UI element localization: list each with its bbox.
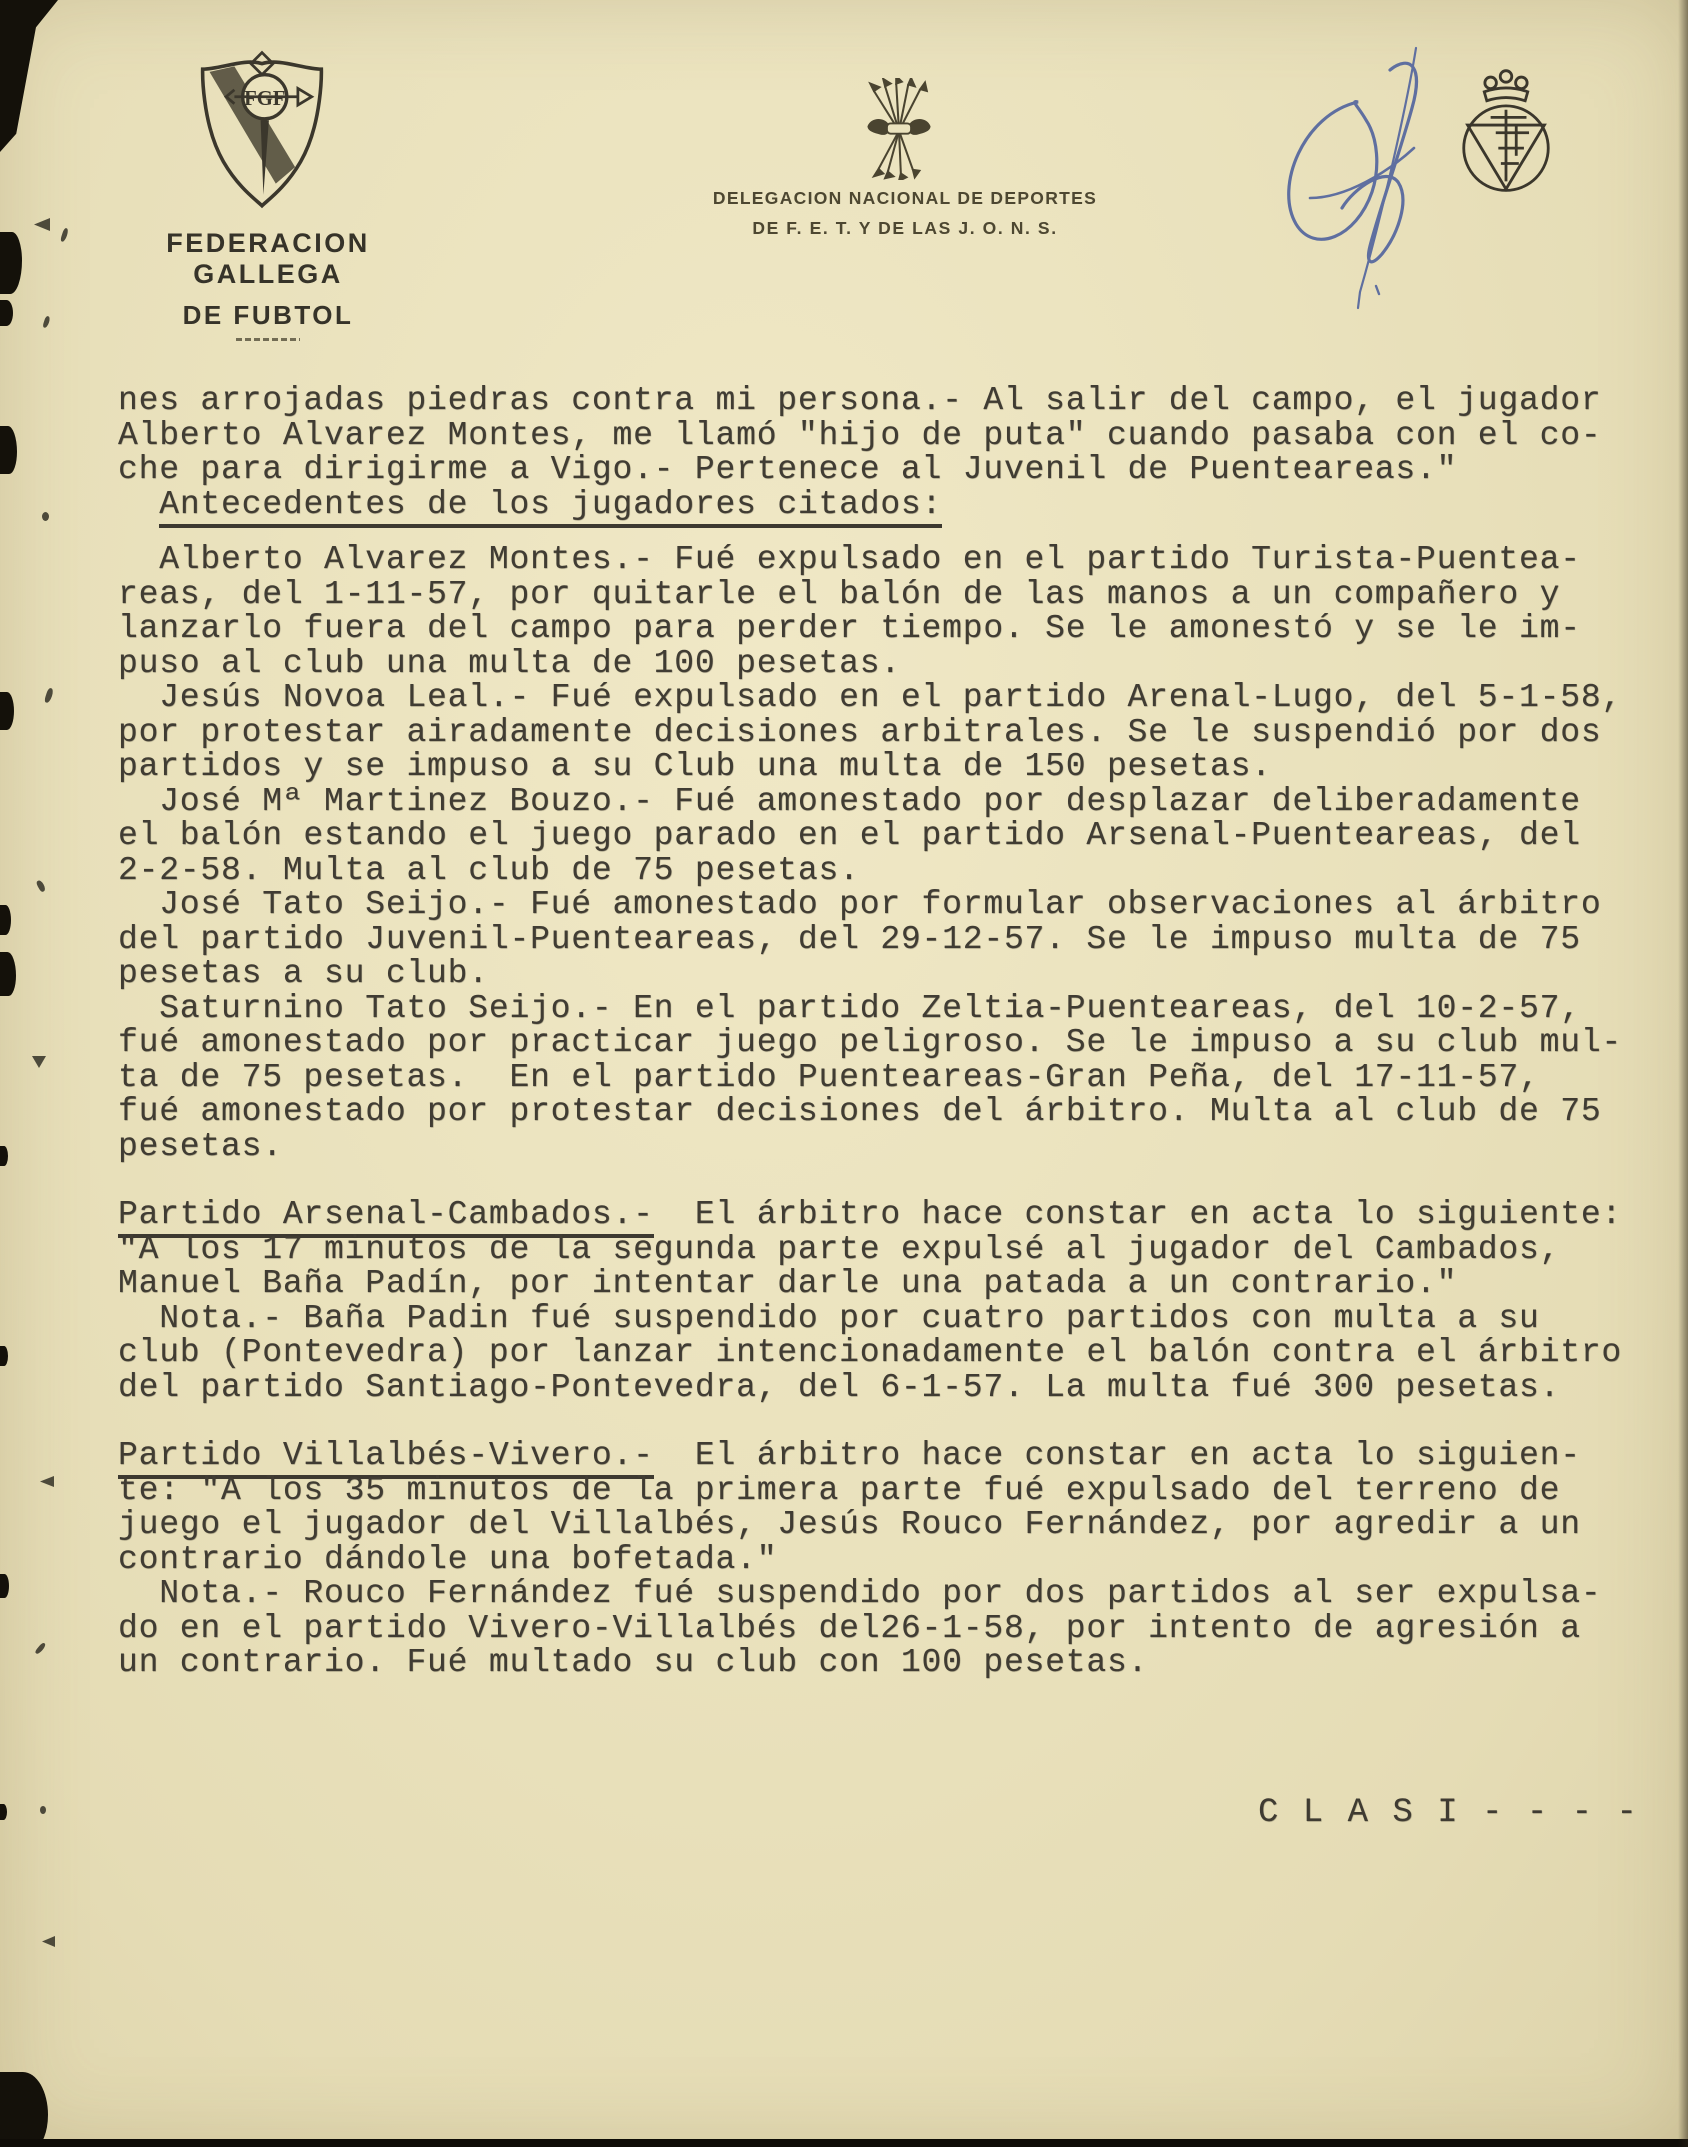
typewritten-paragraph: José Mª Martinez Bouzo.- Fué amonestado … [118,785,1663,889]
edge-tear [0,692,14,730]
edge-tear [0,426,17,474]
text-segment: juego el jugador del Villalbés, Jesús Ro… [118,1506,1581,1543]
text-line: fué amonestado por practicar juego pelig… [118,1026,1663,1061]
text-line: Alberto Alvarez Montes.- Fué expulsado e… [118,543,1663,578]
text-line: el balón estando el juego parado en el p… [118,819,1663,854]
edge-tear [0,232,22,294]
text-segment: do en el partido Vivero-Villalbés del26-… [118,1610,1581,1647]
text-line: reas, del 1-11-57, por quitarle el balón… [118,578,1663,613]
text-line: partidos y se impuso a su Club una multa… [118,750,1663,785]
scan-bottom-edge [0,2139,1688,2147]
text-segment: del partido Juvenil-Puenteareas, del 29-… [118,921,1581,958]
torn-corner-bottom-left [0,2072,48,2147]
text-line: club (Pontevedra) por lanzar intencionad… [118,1336,1663,1371]
text-segment: pesetas a su club. [118,955,489,992]
text-segment: el balón estando el juego parado en el p… [118,817,1581,854]
text-line: fué amonestado por protestar decisiones … [118,1095,1663,1130]
margin-ink-mark [60,228,69,243]
text-segment: ta de 75 pesetas. En el partido Puentear… [118,1059,1540,1096]
text-segment: "A los 17 minutos de la segunda parte ex… [118,1231,1560,1268]
text-line: Saturnino Tato Seijo.- En el partido Zel… [118,992,1663,1027]
edge-tear [0,1804,7,1820]
organization-name-line2: DE FUBTOL [88,300,448,331]
margin-arrow-mark [40,1476,54,1487]
text-segment: José Mª Martinez Bouzo.- Fué amonestado … [118,783,1581,820]
text-line: del partido Santiago-Pontevedra, del 6-1… [118,1371,1663,1406]
torn-corner-top-left [0,0,58,152]
text-segment: Alberto Alvarez Montes.- Fué expulsado e… [118,541,1581,578]
typewritten-paragraph: nes arrojadas piedras contra mi persona.… [118,384,1663,522]
edge-tear [0,952,16,996]
fgf-shield-icon: FGF [193,50,331,218]
text-line: Jesús Novoa Leal.- Fué expulsado en el p… [118,681,1663,716]
typewritten-paragraph: Alberto Alvarez Montes.- Fué expulsado e… [118,543,1663,681]
text-line: "A los 17 minutos de la segunda parte ex… [118,1233,1663,1268]
margin-arrow-mark [32,1056,46,1068]
text-segment: che para dirigirme a Vigo.- Pertenece al… [118,451,1457,488]
margin-ink-mark [44,687,54,703]
text-line: puso al club una multa de 100 pesetas. [118,647,1663,682]
classification-text: C L A S I - - - - [1258,1794,1639,1832]
margin-ink-mark [42,512,49,521]
text-segment: José Tato Seijo.- Fué amonestado por for… [118,886,1601,923]
typewritten-paragraph: Saturnino Tato Seijo.- En el partido Zel… [118,992,1663,1165]
text-line: che para dirigirme a Vigo.- Pertenece al… [118,453,1663,488]
edge-tear [0,1346,8,1366]
text-segment: Nota.- Rouco Fernández fué suspendido po… [118,1575,1601,1612]
text-line: Nota.- Rouco Fernández fué suspendido po… [118,1577,1663,1612]
text-line: contrario dándole una bofetada." [118,1543,1663,1578]
text-line: pesetas a su club. [118,957,1663,992]
text-line: 2-2-58. Multa al club de 75 pesetas. [118,854,1663,889]
typewritten-paragraph: Jesús Novoa Leal.- Fué expulsado en el p… [118,681,1663,785]
text-segment: 2-2-58. Multa al club de 75 pesetas. [118,852,860,889]
org-underline-mark [236,338,300,341]
edge-tear [0,300,13,326]
text-segment: club (Pontevedra) por lanzar intencionad… [118,1334,1622,1371]
margin-ink-mark [34,1642,46,1655]
text-segment: reas, del 1-11-57, por quitarle el balón… [118,576,1560,613]
text-line: un contrario. Fué multado su club con 10… [118,1646,1663,1681]
text-line: juego el jugador del Villalbés, Jesús Ro… [118,1508,1663,1543]
text-line: ta de 75 pesetas. En el partido Puentear… [118,1061,1663,1096]
organization-name-block: FEDERACION GALLEGA DE FUBTOL [88,228,448,341]
text-segment: fué amonestado por practicar juego pelig… [118,1024,1622,1061]
organization-name-line1: FEDERACION GALLEGA [88,228,448,290]
text-segment: lanzarlo fuera del campo para perder tie… [118,610,1581,647]
text-line: Nota.- Baña Padin fué suspendido por cua… [118,1302,1663,1337]
text-segment [118,486,159,523]
scan-right-edge-shadow [1678,0,1688,2147]
text-line: Partido Arsenal-Cambados.- El árbitro ha… [118,1198,1663,1233]
text-segment: contrario dándole una bofetada." [118,1541,777,1578]
delegation-line1: DELEGACION NACIONAL DE DEPORTES [700,188,1110,209]
text-line: pesetas. [118,1130,1663,1165]
text-segment: El árbitro hace constar en acta lo sigui… [654,1437,1581,1474]
text-segment: pesetas. [118,1128,283,1165]
text-segment: te: "A los 35 minutos de la primera part… [118,1472,1560,1509]
edge-tear [0,1574,9,1598]
text-line: nes arrojadas piedras contra mi persona.… [118,384,1663,419]
typewritten-paragraph: Partido Villalbés-Vivero.- El árbitro ha… [118,1439,1663,1681]
text-line: Manuel Baña Padín, por intentar darle un… [118,1267,1663,1302]
text-segment: fué amonestado por protestar decisiones … [118,1093,1601,1130]
yoke-and-arrows-icon [860,78,938,180]
handwritten-signature [1258,40,1510,322]
text-segment: El árbitro hace constar en acta lo sigui… [654,1196,1622,1233]
margin-ink-mark [40,1806,46,1814]
text-segment: Jesús Novoa Leal.- Fué expulsado en el p… [118,679,1622,716]
text-line: por protestar airadamente decisiones arb… [118,716,1663,751]
edge-tear [0,905,11,935]
margin-ink-mark [42,316,50,329]
delegation-block: DELEGACION NACIONAL DE DEPORTES DE F. E.… [700,188,1110,239]
text-line: te: "A los 35 minutos de la primera part… [118,1474,1663,1509]
text-line: lanzarlo fuera del campo para perder tie… [118,612,1663,647]
text-segment: Saturnino Tato Seijo.- En el partido Zel… [118,990,1581,1027]
text-segment: partidos y se impuso a su Club una multa… [118,748,1272,785]
scanned-document-page: FGF FEDERACION GALLEGA DE FUBTOL DELEGAC… [0,0,1688,2147]
svg-text:FGF: FGF [244,88,285,110]
underlined-text: Antecedentes de los jugadores citados: [159,486,942,528]
margin-arrow-mark [34,218,50,231]
margin-arrow-mark [42,1936,55,1947]
edge-tear [0,1146,8,1166]
text-line: del partido Juvenil-Puenteareas, del 29-… [118,923,1663,958]
text-segment: Alberto Alvarez Montes, me llamó "hijo d… [118,417,1601,454]
typewritten-body: nes arrojadas piedras contra mi persona.… [118,384,1663,1681]
text-line: Alberto Alvarez Montes, me llamó "hijo d… [118,419,1663,454]
text-line: do en el partido Vivero-Villalbés del26-… [118,1612,1663,1647]
text-segment: un contrario. Fué multado su club con 10… [118,1644,1148,1681]
typewritten-paragraph: Partido Arsenal-Cambados.- El árbitro ha… [118,1198,1663,1405]
typewritten-paragraph: José Tato Seijo.- Fué amonestado por for… [118,888,1663,992]
text-segment: nes arrojadas piedras contra mi persona.… [118,382,1601,419]
text-segment: del partido Santiago-Pontevedra, del 6-1… [118,1369,1560,1406]
text-segment: Manuel Baña Padín, por intentar darle un… [118,1265,1457,1302]
text-segment: puso al club una multa de 100 pesetas. [118,645,901,682]
delegation-line2: DE F. E. T. Y DE LAS J. O. N. S. [700,218,1110,239]
text-line: Antecedentes de los jugadores citados: [118,488,1663,523]
text-line: Partido Villalbés-Vivero.- El árbitro ha… [118,1439,1663,1474]
margin-ink-mark [35,879,46,892]
text-line: José Tato Seijo.- Fué amonestado por for… [118,888,1663,923]
text-line: José Mª Martinez Bouzo.- Fué amonestado … [118,785,1663,820]
text-segment: por protestar airadamente decisiones arb… [118,714,1601,751]
text-segment: Nota.- Baña Padin fué suspendido por cua… [118,1300,1540,1337]
